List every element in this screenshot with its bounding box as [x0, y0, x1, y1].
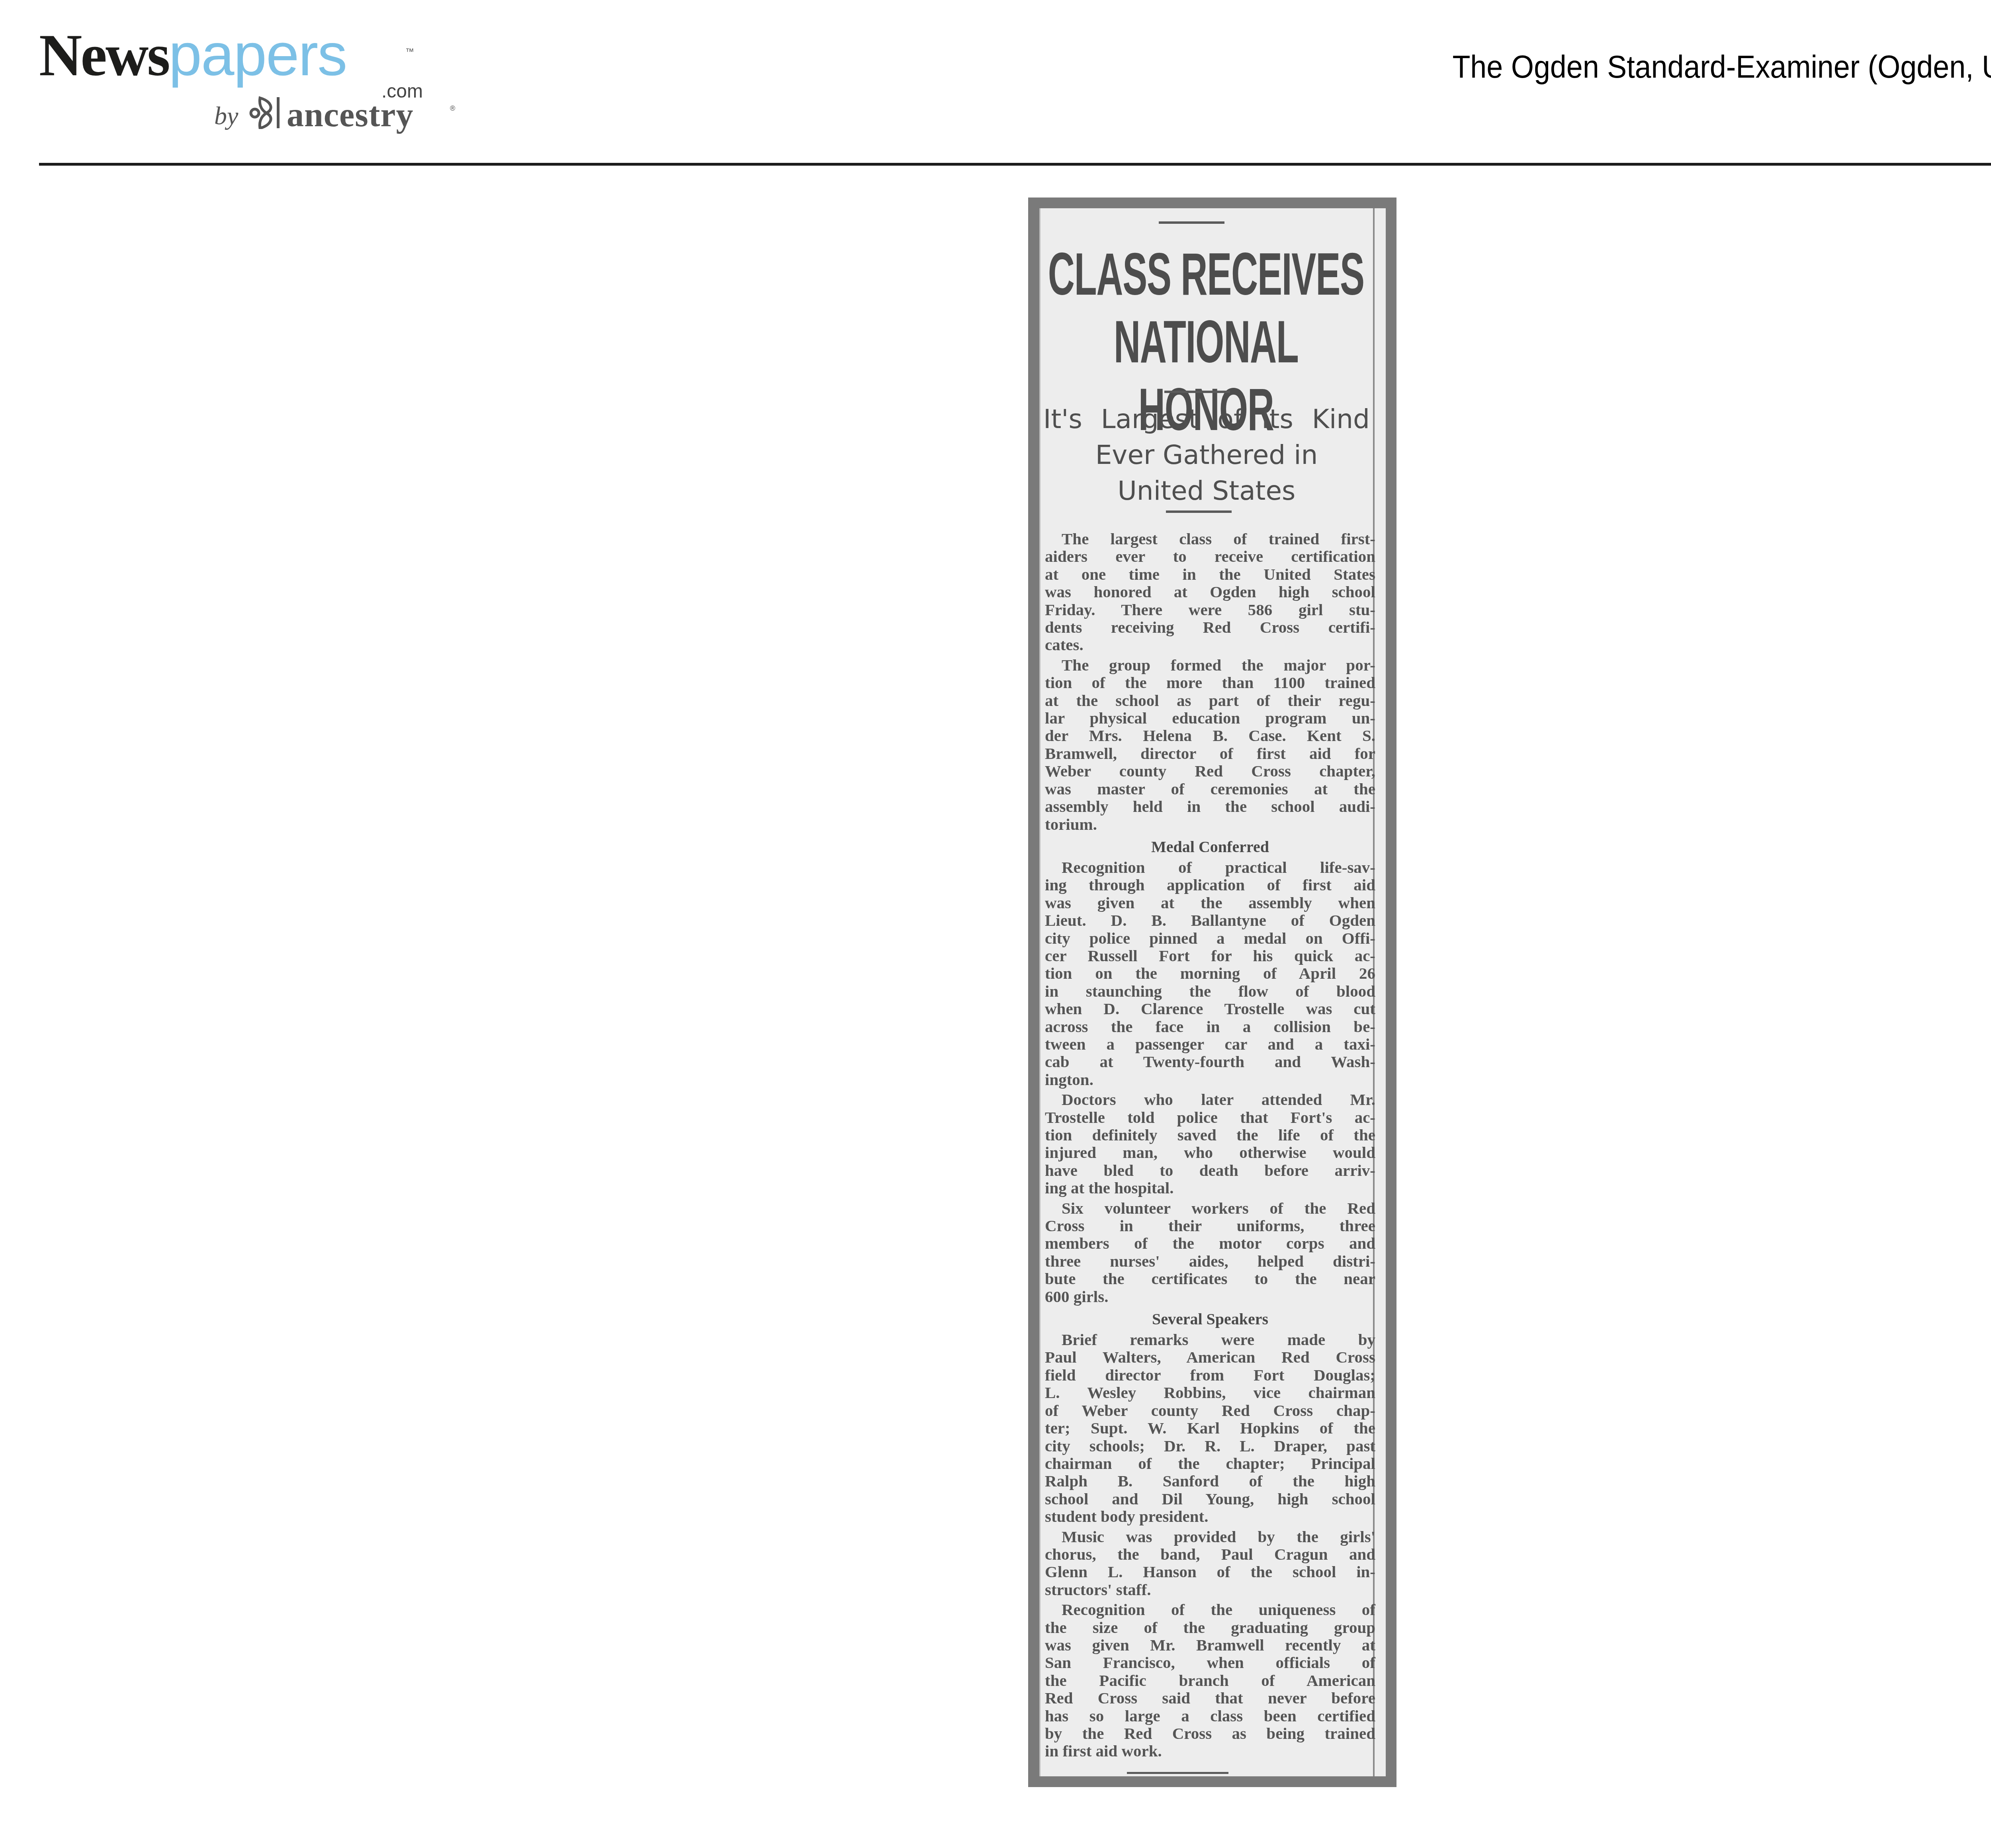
- article-line: dents receiving Red Cross certifi-: [1045, 618, 1375, 636]
- newspapers-logo[interactable]: Newspapers ™ .com by ancestry ®: [39, 25, 421, 140]
- bottom-dash-rule: [1127, 1772, 1228, 1774]
- article-line: injured man, who otherwise would: [1045, 1144, 1375, 1161]
- article-line: in first aid work.: [1045, 1742, 1375, 1760]
- header-divider: [39, 163, 1991, 166]
- article-paragraph: Doctors who later attended Mr.Trostelle …: [1045, 1091, 1375, 1197]
- article-line: Six volunteer workers of the Red: [1045, 1199, 1375, 1217]
- article-line: Brief remarks were made by: [1045, 1331, 1375, 1348]
- article-line: across the face in a collision be-: [1045, 1018, 1375, 1035]
- article-line: aiders ever to receive certification: [1045, 548, 1375, 565]
- top-dash-rule: [1159, 221, 1224, 224]
- article-line: city police pinned a medal on Offi-: [1045, 929, 1375, 947]
- article-line: has so large a class been certified: [1045, 1707, 1375, 1725]
- article-line: Weber county Red Cross chapter,: [1045, 762, 1375, 780]
- article-line: L. Wesley Robbins, vice chairman: [1045, 1384, 1375, 1401]
- article-line: in staunching the flow of blood: [1045, 982, 1375, 1000]
- registered-mark: ®: [450, 104, 455, 113]
- section-subhead: Several Speakers: [1045, 1308, 1375, 1331]
- article-line: lar physical education program un-: [1045, 709, 1375, 727]
- article-line: tion of the more than 1100 trained: [1045, 674, 1375, 691]
- article-line: Ralph B. Sanford of the high: [1045, 1472, 1375, 1490]
- article-line: field director from Fort Douglas;: [1045, 1366, 1375, 1384]
- article-line: cates.: [1045, 636, 1375, 653]
- publication-name: The Ogden Standard-Examiner (Ogden, Utah…: [1453, 49, 1991, 84]
- article-line: at the school as part of their regu-: [1045, 692, 1375, 709]
- article-line: The group formed the major por-: [1045, 656, 1375, 674]
- article-line: was master of ceremonies at the: [1045, 780, 1375, 798]
- article-line: have bled to death before arriv-: [1045, 1162, 1375, 1179]
- deck-line-2: Ever Gathered in: [1043, 437, 1370, 473]
- article-line: city schools; Dr. R. L. Draper, past: [1045, 1437, 1375, 1455]
- article-line: was given Mr. Bramwell recently at: [1045, 1636, 1375, 1654]
- article-line: Friday. There were 586 girl stu-: [1045, 601, 1375, 618]
- article-paragraph: Six volunteer workers of the RedCross in…: [1045, 1199, 1375, 1305]
- section-subhead: Medal Conferred: [1045, 835, 1375, 858]
- deck-dash-rule: [1166, 510, 1232, 513]
- article-line: cab at Twenty-fourth and Wash-: [1045, 1053, 1375, 1070]
- article-line: school and Dil Young, high school: [1045, 1490, 1375, 1508]
- article-line: three nurses' aides, helped distri-: [1045, 1252, 1375, 1270]
- article-line: Recognition of practical life-sav-: [1045, 858, 1375, 876]
- article-line: Paul Walters, American Red Cross: [1045, 1348, 1375, 1366]
- article-line: Bramwell, director of first aid for: [1045, 745, 1375, 762]
- article-paragraph: Brief remarks were made byPaul Walters, …: [1045, 1331, 1375, 1525]
- article-paragraph: Recognition of the uniqueness ofthe size…: [1045, 1601, 1375, 1760]
- article-line: Music was provided by the girls': [1045, 1528, 1375, 1545]
- article-line: Red Cross said that never before: [1045, 1689, 1375, 1707]
- article-line: San Francisco, when officials of: [1045, 1654, 1375, 1671]
- headline-line-1: CLASS RECEIVES: [1042, 240, 1370, 308]
- article-line: was honored at Ogden high school: [1045, 583, 1375, 600]
- article-line: 600 girls.: [1045, 1288, 1375, 1305]
- article-paragraph: Recognition of practical life-sav-ing th…: [1045, 858, 1375, 1088]
- article-line: of Weber county Red Cross chap-: [1045, 1402, 1375, 1419]
- article-line: Trostelle told police that Fort's ac-: [1045, 1109, 1375, 1126]
- article-line: torium.: [1045, 815, 1375, 833]
- article-paragraph: The largest class of trained first-aider…: [1045, 530, 1375, 654]
- article-line: by the Red Cross as being trained: [1045, 1725, 1375, 1742]
- article-line: the Pacific branch of American: [1045, 1672, 1375, 1689]
- deck-line-1: It's Largest of Its Kind: [1043, 401, 1370, 437]
- article-line: chorus, the band, Paul Cragun and: [1045, 1545, 1375, 1563]
- article-line: Glenn L. Hanson of the school in-: [1045, 1563, 1375, 1580]
- article-line: ing through application of first aid: [1045, 876, 1375, 894]
- article-line: ter; Supt. W. Karl Hopkins of the: [1045, 1419, 1375, 1437]
- article-line: chairman of the chapter; Principal: [1045, 1455, 1375, 1472]
- article-line: at one time in the United States: [1045, 565, 1375, 583]
- article-line: assembly held in the school audi-: [1045, 798, 1375, 815]
- article-line: The largest class of trained first-: [1045, 530, 1375, 548]
- article-line: student body president.: [1045, 1508, 1375, 1525]
- citation-line: The Ogden Standard-Examiner (Ogden, Utah…: [1453, 47, 1991, 87]
- article-line: ing at the hospital.: [1045, 1179, 1375, 1197]
- article-body: The largest class of trained first-aider…: [1045, 530, 1375, 1762]
- article-line: der Mrs. Helena B. Case. Kent S.: [1045, 727, 1375, 744]
- newspaper-clipping: CLASS RECEIVES NATIONAL HONOR It's Large…: [1039, 208, 1386, 1776]
- trademark-mark: ™: [405, 47, 414, 57]
- article-line: the size of the graduating group: [1045, 1619, 1375, 1636]
- article-line: tion definitely saved the life of the: [1045, 1126, 1375, 1144]
- article-line: ington.: [1045, 1071, 1375, 1088]
- headline-dash-rule: [1164, 391, 1230, 393]
- article-line: cer Russell Fort for his quick ac-: [1045, 947, 1375, 964]
- article-line: Recognition of the uniqueness of: [1045, 1601, 1375, 1618]
- clipping-frame: CLASS RECEIVES NATIONAL HONOR It's Large…: [1028, 198, 1396, 1787]
- deck-headline: It's Largest of Its Kind Ever Gathered i…: [1043, 401, 1370, 509]
- column-rule-left: [1039, 208, 1040, 1776]
- ancestry-leaf-icon: [248, 96, 284, 129]
- logo-by-text: by: [214, 101, 238, 131]
- article-line: bute the certificates to the near: [1045, 1270, 1375, 1287]
- article-paragraph: Music was provided by the girls'chorus, …: [1045, 1528, 1375, 1599]
- article-line: Cross in their uniforms, three: [1045, 1217, 1375, 1234]
- logo-word-papers: papers: [169, 21, 347, 88]
- article-line: Lieut. D. B. Ballantyne of Ogden: [1045, 911, 1375, 929]
- article-paragraph: The group formed the major por-tion of t…: [1045, 656, 1375, 833]
- article-line: was given at the assembly when: [1045, 894, 1375, 911]
- article-line: tion on the morning of April 26: [1045, 964, 1375, 982]
- deck-line-3: United States: [1043, 473, 1370, 509]
- article-line: tween a passenger car and a taxi-: [1045, 1035, 1375, 1053]
- logo-ancestry-text: ancestry: [287, 95, 413, 135]
- logo-word-news: News: [39, 22, 169, 88]
- article-line: structors' staff.: [1045, 1581, 1375, 1598]
- article-line: Doctors who later attended Mr.: [1045, 1091, 1375, 1108]
- logo-wordmark: Newspapers: [39, 25, 346, 85]
- article-line: when D. Clarence Trostelle was cut: [1045, 1000, 1375, 1017]
- article-line: members of the motor corps and: [1045, 1234, 1375, 1252]
